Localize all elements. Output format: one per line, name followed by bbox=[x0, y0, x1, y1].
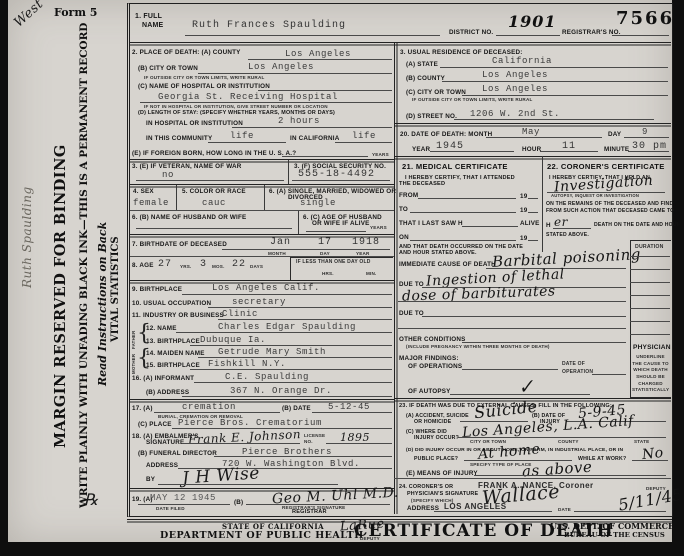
rule bbox=[628, 151, 669, 152]
rule bbox=[542, 156, 543, 252]
residence-state-label: (A) STATE bbox=[406, 61, 438, 68]
age-label: 8. AGE bbox=[132, 262, 154, 269]
rule bbox=[442, 81, 668, 82]
rule bbox=[630, 321, 670, 322]
father-birthplace-value: Dubuque Ia. bbox=[200, 335, 266, 345]
handwritten-west: West bbox=[11, 0, 46, 30]
father-name-value: Charles Edgar Spaulding bbox=[218, 322, 356, 332]
rule bbox=[298, 211, 299, 234]
foreign-born-label: (E) IF FOREIGN BORN, HOW LONG IN THE U. … bbox=[132, 150, 296, 157]
mother-birthplace-label: 15. BIRTHPLACE bbox=[146, 362, 200, 369]
scan-edge-bottom bbox=[0, 542, 684, 556]
rule bbox=[306, 231, 366, 232]
father-name-label: 12. NAME bbox=[146, 325, 177, 332]
rule bbox=[182, 396, 392, 397]
medical-on-label: ON bbox=[399, 234, 409, 241]
rule bbox=[208, 142, 286, 143]
district-number: 1901 bbox=[508, 12, 557, 31]
footer-commerce: U. S. DEPT. OF COMMERCE bbox=[550, 521, 674, 531]
other-conditions-caption: (INCLUDE PREGNANCY WITHIN THREE MONTHS O… bbox=[406, 344, 550, 349]
age-days-caption: DAYS bbox=[250, 264, 263, 269]
rule bbox=[198, 73, 392, 74]
disposition-date-label: (B) DATE bbox=[282, 405, 311, 412]
medical-line2b: AND HOUR STATED ABOVE. bbox=[399, 250, 477, 256]
spouse-name-label: 6. (B) NAME OF HUSBAND OR WIFE bbox=[132, 214, 246, 221]
rule bbox=[214, 456, 392, 457]
medical-to-year: 19 bbox=[520, 207, 527, 214]
age-years-value: 27 bbox=[158, 259, 172, 270]
rule bbox=[462, 342, 626, 343]
license-label-2: NO. bbox=[304, 439, 313, 444]
date-of-operation-label-2: OPERATION bbox=[562, 369, 593, 375]
ssn-value: 555-18-4492 bbox=[298, 169, 375, 180]
spouse-age-years-caption: YEARS bbox=[370, 225, 387, 230]
medical-from-label: FROM bbox=[399, 192, 418, 199]
residence-state-value: California bbox=[492, 56, 552, 66]
mother-name-value: Getrude Mary Smith bbox=[218, 347, 326, 357]
due-to-2-label: DUE TO bbox=[399, 310, 424, 317]
veteran-label: 3. (E) IF VETERAN, NAME OF WAR bbox=[132, 163, 242, 170]
rule bbox=[496, 35, 560, 36]
rule bbox=[630, 256, 670, 257]
rule bbox=[528, 212, 538, 213]
coroner-action-caption: AUTOPSY, INQUEST OR INVESTIGATION bbox=[551, 193, 639, 198]
rule bbox=[430, 151, 514, 152]
disposition-label: 17. (A) bbox=[132, 405, 153, 412]
footer-census: BUREAU OF THE CENSUS bbox=[564, 531, 665, 539]
rule bbox=[194, 382, 392, 383]
disposition-date-value: 5-12-45 bbox=[328, 402, 370, 412]
rule bbox=[418, 198, 516, 199]
rule bbox=[394, 123, 671, 124]
form-number: Form 5 bbox=[54, 6, 97, 19]
rule bbox=[264, 185, 265, 210]
rule bbox=[130, 159, 394, 160]
rule bbox=[326, 443, 392, 444]
industry-label: 11. INDUSTRY OR BUSINESS bbox=[132, 312, 224, 319]
rule bbox=[574, 511, 666, 512]
rule bbox=[394, 478, 671, 479]
rule bbox=[127, 519, 672, 520]
death-day-label: DAY bbox=[608, 131, 621, 138]
rule bbox=[136, 228, 292, 229]
mother-name-label: 14. MAIDEN NAME bbox=[146, 350, 205, 357]
father-group-label: FATHER bbox=[131, 323, 136, 349]
rule bbox=[630, 334, 670, 335]
rule bbox=[528, 240, 538, 241]
industry-value: Clinic bbox=[222, 309, 258, 319]
disposition-place-label: (C) PLACE bbox=[138, 421, 172, 428]
coroner-line2a: ON THE REMAINS OF THE DECEASED AND FIND bbox=[546, 201, 673, 207]
due-to-1-label: DUE TO bbox=[399, 281, 424, 288]
residence-county-label: (B) COUNTY bbox=[406, 75, 445, 82]
coroner-date-label: DATE bbox=[558, 507, 571, 512]
rule bbox=[394, 42, 395, 514]
rule bbox=[486, 137, 602, 138]
place-of-death-county-label: 2. PLACE OF DEATH: (A) COUNTY bbox=[132, 49, 241, 56]
stay-hospital-value: 2 hours bbox=[278, 116, 320, 126]
rule bbox=[232, 127, 392, 128]
marital-value: single bbox=[300, 198, 336, 208]
district-label: DISTRICT NO. bbox=[449, 29, 493, 36]
rule bbox=[434, 511, 552, 512]
operations-label: OF OPERATIONS bbox=[408, 363, 462, 370]
autopsy-label: OF AUTOPSY bbox=[408, 388, 451, 395]
informant-address-label: (B) ADDRESS bbox=[146, 389, 189, 396]
rule bbox=[528, 198, 538, 199]
rule bbox=[130, 210, 394, 211]
major-findings-label: MAJOR FINDINGS: bbox=[399, 355, 459, 362]
coroner-sig-label-1: 24. CORONER'S OR bbox=[399, 484, 453, 490]
rule bbox=[592, 374, 626, 375]
coroner-h-label: H bbox=[546, 222, 551, 229]
full-name-value: Ruth Frances Spaulding bbox=[192, 20, 346, 31]
margin-ink-line: WRITE PLAINLY WITH UNFADING BLACK INK—TH… bbox=[78, 52, 90, 508]
injury-city-caption: CITY OR TOWN bbox=[470, 439, 506, 444]
veteran-value: no bbox=[162, 170, 174, 180]
rule bbox=[612, 35, 669, 36]
rule bbox=[553, 228, 591, 229]
physician-label: PHYSICIAN bbox=[633, 344, 671, 351]
rule bbox=[158, 484, 338, 485]
rule bbox=[292, 180, 390, 181]
sex-label: 4. SEX bbox=[133, 188, 154, 195]
coroner-address-stamp: LOS ANGELES bbox=[444, 502, 507, 511]
rule bbox=[198, 357, 392, 358]
residence-city-label: (C) CITY OR TOWN bbox=[406, 89, 466, 96]
rule bbox=[454, 119, 654, 120]
rule bbox=[630, 295, 670, 296]
death-hour-label: HOUR bbox=[522, 146, 541, 153]
rule bbox=[394, 156, 671, 157]
rule bbox=[182, 294, 392, 295]
rule bbox=[624, 137, 669, 138]
medical-on-year: 19 bbox=[520, 235, 527, 242]
medical-certificate-title: 21. MEDICAL CERTIFICATE bbox=[402, 162, 508, 171]
physician-note: UNDERLINE THE CAUSE TO WHICH DEATH SHOUL… bbox=[632, 354, 669, 394]
informant-address-value: 367 N. Orange Dr. bbox=[230, 386, 332, 396]
rule bbox=[138, 504, 230, 505]
place-of-death-city-caption: IF OUTSIDE CITY OR TOWN LIMITS, WRITE RU… bbox=[144, 75, 264, 80]
father-birthplace-label: 13. BIRTHPLACE bbox=[146, 338, 200, 345]
residence-city-value: Los Angeles bbox=[482, 84, 548, 94]
scan-edge-right bbox=[672, 0, 684, 556]
medical-alive-label: ALIVE bbox=[520, 220, 540, 227]
stay-california-value: life bbox=[352, 131, 376, 141]
scanned-death-certificate: { "margin": { "form_no": "Form 5", "hw_c… bbox=[0, 0, 684, 556]
stay-community-label: IN THIS COMMUNITY bbox=[146, 135, 212, 142]
rule bbox=[190, 369, 392, 370]
birthdate-label: 7. BIRTHDATE OF DECEASED bbox=[132, 241, 227, 248]
rule bbox=[288, 160, 289, 184]
hospital-caption: IF NOT IN HOSPITAL OR INSTITUTION, GIVE … bbox=[144, 104, 328, 109]
residence-street-value: 1206 W. 2nd St. bbox=[470, 109, 560, 119]
rule bbox=[208, 307, 392, 308]
rule bbox=[632, 460, 668, 461]
rule bbox=[630, 282, 670, 283]
residence-title: 3. USUAL RESIDENCE OF DECEASED: bbox=[400, 49, 523, 56]
rule bbox=[154, 412, 280, 413]
birthdate-year: 1918 bbox=[352, 237, 380, 248]
rule bbox=[540, 151, 598, 152]
date-filed-caption: DATE FILED bbox=[156, 506, 185, 511]
race-value: cauc bbox=[202, 198, 226, 208]
immediate-cause-label: IMMEDIATE CAUSE OF DEATH bbox=[399, 261, 496, 268]
occupation-label: 10. USUAL OCCUPATION bbox=[132, 300, 211, 307]
rule bbox=[410, 212, 516, 213]
date-of-death-label: 20. DATE OF DEATH: MONTH bbox=[400, 131, 492, 138]
full-name-label-1: 1. FULL bbox=[135, 13, 162, 20]
embalmer-label-2: SIGNATURE bbox=[146, 439, 184, 446]
rule bbox=[248, 59, 392, 60]
coroner-her-handwritten: er bbox=[554, 215, 568, 229]
rule bbox=[422, 316, 626, 317]
rule bbox=[185, 35, 440, 36]
rule bbox=[462, 95, 668, 96]
coroner-line3b: STATED ABOVE. bbox=[546, 232, 589, 238]
medical-to-label: TO bbox=[399, 206, 408, 213]
place-of-death-city-label: (B) CITY OR TOWN bbox=[138, 65, 198, 72]
footer-department: DEPARTMENT OF PUBLIC HEALTH bbox=[160, 530, 364, 541]
foreign-born-years-caption: YEARS bbox=[372, 152, 389, 157]
birthdate-month: Jan bbox=[270, 237, 291, 248]
rule bbox=[440, 67, 668, 68]
place-of-death-city-value: Los Angeles bbox=[248, 62, 314, 72]
autopsy-mark: ✓ bbox=[517, 375, 536, 399]
rule bbox=[130, 184, 394, 185]
date-filed-stamp: MAY 12 1945 bbox=[150, 493, 216, 503]
certificate-paper: Form 5 West Ruth Spaulding MARGIN RESERV… bbox=[8, 0, 672, 544]
rule bbox=[140, 102, 392, 103]
mother-group-label: MOTHER bbox=[131, 348, 136, 374]
informant-label: 16. (A) INFORMANT bbox=[132, 375, 194, 382]
coroner-line2b: FROM SUCH ACTION THAT DECEASED CAME TO bbox=[546, 208, 674, 214]
hospital-label: (C) NAME OF HOSPITAL OR INSTITUTION bbox=[138, 83, 270, 90]
occupation-value: secretary bbox=[232, 297, 286, 307]
injury-state-caption: STATE bbox=[634, 439, 649, 444]
rule bbox=[630, 308, 670, 309]
death-year-label: YEAR bbox=[412, 146, 430, 153]
birthplace-value: Los Angeles Calif. bbox=[212, 283, 320, 293]
license-label-1: LICENSE bbox=[304, 433, 325, 438]
less-than-one-day-caption: IF LESS THAN ONE DAY OLD bbox=[296, 259, 371, 265]
residence-street-label: (D) STREET NO. bbox=[406, 113, 457, 120]
informant-value: C.E. Spaulding bbox=[225, 372, 309, 382]
age-months-value: 3 bbox=[200, 259, 207, 270]
rule bbox=[462, 226, 518, 227]
rule bbox=[462, 369, 558, 370]
coroner-certificate-title: 22. CORONER'S CERTIFICATE bbox=[547, 162, 665, 171]
rule bbox=[176, 185, 177, 210]
hospital-value: Georgia St. Receiving Hospital bbox=[158, 92, 338, 102]
injury-county-caption: COUNTY bbox=[558, 439, 579, 444]
rule bbox=[312, 412, 392, 413]
other-conditions-label: OTHER CONDITIONS bbox=[399, 336, 466, 343]
registrar-sig-b-label: (B) bbox=[234, 499, 243, 506]
full-name-label-2: NAME bbox=[142, 22, 163, 29]
margin-read-line: Read Instructions on Back bbox=[96, 172, 109, 386]
rule bbox=[282, 156, 368, 157]
stay-community-value: life bbox=[230, 131, 254, 141]
handwritten-name-margin: Ruth Spaulding bbox=[20, 118, 34, 288]
injury-where-label-2: INJURY OCCUR? bbox=[414, 435, 459, 441]
rule bbox=[222, 249, 390, 250]
stay-hospital-label: IN HOSPITAL OR INSTITUTION bbox=[146, 120, 243, 127]
rule bbox=[458, 437, 666, 438]
rule bbox=[218, 319, 392, 320]
residence-city-caption: IF OUTSIDE CITY OR TOWN LIMITS, WRITE RU… bbox=[412, 97, 532, 102]
place-of-death-county-value: Los Angeles bbox=[285, 49, 351, 59]
rule bbox=[474, 475, 666, 476]
registrar-caption: REGISTRAR bbox=[292, 509, 327, 515]
rule bbox=[130, 399, 394, 400]
accident-value: Suicide bbox=[473, 397, 538, 423]
rule bbox=[335, 142, 392, 143]
registrar-number: 7566 bbox=[616, 8, 674, 29]
rule bbox=[630, 269, 670, 270]
accident-label-2: OR HOMICIDE bbox=[414, 419, 451, 425]
sex-value: female bbox=[133, 198, 169, 208]
certificate-form: 1. FULL NAME Ruth Frances Spaulding 1901… bbox=[127, 3, 673, 517]
birthdate-day: 17 bbox=[318, 237, 332, 248]
by-label: BY bbox=[146, 476, 155, 483]
medical-from-year: 19 bbox=[520, 193, 527, 200]
margin-handwritten-mark: ℞ bbox=[84, 490, 99, 509]
coroner-sig-label-2: PHYSICIAN'S SIGNATURE bbox=[407, 491, 478, 497]
medical-line1b: THE DECEASED bbox=[399, 181, 445, 187]
death-minute-label: MINUTE bbox=[604, 146, 629, 153]
duration-label: DURATION bbox=[635, 244, 664, 250]
hours-caption: HRS. bbox=[322, 271, 334, 276]
rule bbox=[258, 90, 392, 91]
stay-california-label: IN CALIFORNIA bbox=[290, 135, 339, 142]
age-years-caption: YRS. bbox=[180, 264, 192, 269]
age-days-value: 22 bbox=[232, 259, 246, 270]
funeral-director-label: (B) FUNERAL DIRECTOR bbox=[138, 450, 217, 457]
means-of-injury-label: (E) MEANS OF INJURY bbox=[406, 470, 478, 477]
injury-place-label-2: PUBLIC PLACE? bbox=[414, 456, 458, 462]
residence-county-value: Los Angeles bbox=[482, 70, 548, 80]
coroner-line3a: DEATH ON THE DATE AND HOUR bbox=[594, 222, 681, 228]
death-month-value: May bbox=[522, 127, 540, 137]
rule bbox=[130, 234, 394, 235]
rule bbox=[182, 443, 300, 444]
death-day-value: 9 bbox=[642, 127, 648, 137]
disposition-value: cremation bbox=[182, 402, 236, 412]
minutes-caption: MIN. bbox=[366, 271, 377, 276]
rule bbox=[130, 280, 394, 281]
margin-vital-line: VITAL STATISTICS bbox=[110, 224, 121, 342]
race-label: 5. COLOR OR RACE bbox=[182, 188, 246, 195]
rule bbox=[190, 345, 392, 346]
margin-binding-line: MARGIN RESERVED FOR BINDING bbox=[52, 112, 69, 448]
rule bbox=[176, 332, 392, 333]
means-of-injury-value: as above bbox=[521, 458, 592, 481]
rule bbox=[136, 180, 284, 181]
birthplace-label: 9. BIRTHPLACE bbox=[132, 286, 182, 293]
rule bbox=[398, 328, 626, 329]
date-of-operation-label-1: DATE OF bbox=[562, 361, 585, 367]
age-months-caption: MOS. bbox=[212, 264, 225, 269]
rule bbox=[398, 301, 626, 302]
rule bbox=[130, 42, 671, 43]
mother-birthplace-value: Fishkill N.Y. bbox=[208, 359, 286, 369]
spouse-age-label-2: OR WIFE IF ALIVE bbox=[312, 220, 370, 227]
funeral-address-label: ADDRESS bbox=[146, 462, 178, 469]
rule bbox=[410, 240, 516, 241]
medical-saw-label: THAT I LAST SAW H bbox=[399, 220, 463, 227]
